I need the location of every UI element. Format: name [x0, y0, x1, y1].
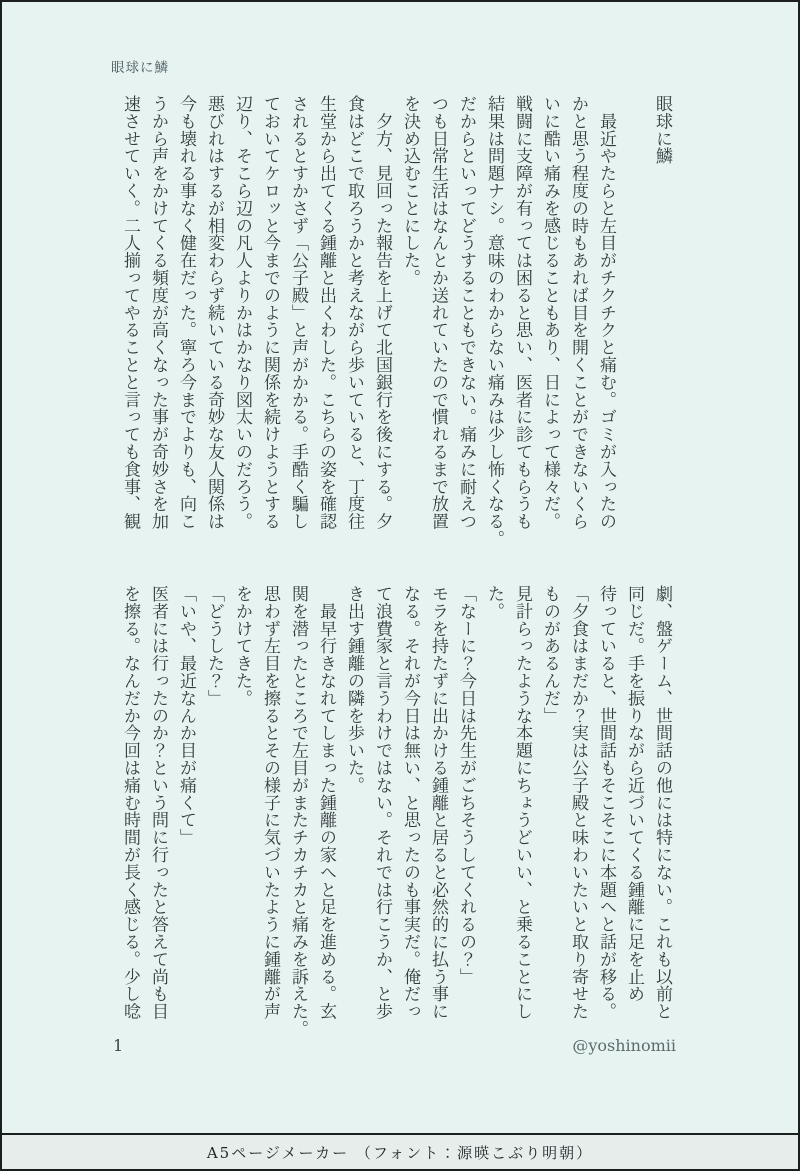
text-column: 同じだ。手を振りながら近づいてくる鍾離に足を止め	[620, 585, 648, 1037]
text-column: 戦闘に支障が有っては困ると思い、医者に診てもらうも	[508, 95, 536, 547]
text-column: 劇、盤ゲーム、世間話の他には特にない。これも以前と	[648, 585, 676, 1037]
text-column: 夕方、見回った報告を上げて北国銀行を後にする。夕	[368, 95, 396, 547]
text-column: ものがあるんだ」	[536, 585, 564, 1037]
running-header: 眼球に鱗	[111, 56, 169, 76]
text-column: だからといってどうすることもできない。痛みに耐えつ	[452, 95, 480, 547]
text-column: 最早行きなれてしまった鍾離の家へと足を進める。玄	[312, 585, 340, 1037]
text-column: うから声をかけてくる頻度が高くなった事が奇妙さを加	[144, 95, 172, 547]
text-block-top: 眼球に鱗 最近やたらと左目がチクチクと痛む。ゴミが入ったのかと思う程度の時もあれ…	[116, 95, 676, 547]
text-column: いに酷い痛みを感じることもあり、日によって様々だ。	[536, 95, 564, 547]
text-column: 眼球に鱗	[648, 95, 676, 547]
text-column: た。	[480, 585, 508, 1037]
page-number: 1	[113, 1036, 123, 1055]
text-column: 最近やたらと左目がチクチクと痛む。ゴミが入ったの	[592, 95, 620, 547]
text-column: 「なーに？今日は先生がごちそうしてくれるの？」	[452, 585, 480, 1037]
text-column: 関を潜ったところで左目がまたチカチカと痛みを訴えた。	[284, 585, 312, 1037]
text-column: つも日常生活はなんとか送れていたので慣れるまで放置	[424, 95, 452, 547]
text-column: 待っていると、世間話もそこそこに本題へと話が移る。	[592, 585, 620, 1037]
text-column: き出す鍾離の隣を歩いた。	[340, 585, 368, 1037]
text-column: 「夕食はまだか？実は公子殿と味わいたいと取り寄せた	[564, 585, 592, 1037]
text-column: を擦る。なんだか今回は痛む時間が長く感じる。少し唸	[116, 585, 144, 1037]
text-column: 思わず左目を擦るとその様子に気づいたように鍾離が声	[256, 585, 284, 1037]
generator-footer-label: A5ページメーカー （フォント：源暎こぶり明朝）	[207, 1142, 593, 1163]
text-column: 速させていく。二人揃ってやることと言っても食事、観	[116, 95, 144, 547]
text-column: 悪びれはするが相変わらず続いている奇妙な友人関係は	[200, 95, 228, 547]
text-column: 結果は問題ナシ。意味のわからない痛みは少し怖くなる。	[480, 95, 508, 547]
text-column: 今も壊れる事なく健在だった。寧ろ今までよりも、向こ	[172, 95, 200, 547]
text-column: 医者には行ったのか？という問に行ったと答えて尚も目	[144, 585, 172, 1037]
novel-page: 眼球に鱗 眼球に鱗 最近やたらと左目がチクチクと痛む。ゴミが入ったのかと思う程度…	[2, 2, 798, 1135]
text-block-bottom: 劇、盤ゲーム、世間話の他には特にない。これも以前と同じだ。手を振りながら近づいて…	[116, 585, 676, 1037]
page-canvas: 眼球に鱗 眼球に鱗 最近やたらと左目がチクチクと痛む。ゴミが入ったのかと思う程度…	[0, 0, 800, 1171]
text-column: 辺り、そこら辺の凡人よりかはかなり図太いのだろう。	[228, 95, 256, 547]
text-column: かと思う程度の時もあれば目を開くことができないくら	[564, 95, 592, 547]
text-column: 「どうした？」	[200, 585, 228, 1037]
text-column: されるとすかさず「公子殿」と声がかかる。手酷く騙し	[284, 95, 312, 547]
text-column	[620, 95, 648, 547]
text-column: 「いや、最近なんか目が痛くて」	[172, 585, 200, 1037]
text-column: 見計らったような本題にちょうどいい、と乗ることにし	[508, 585, 536, 1037]
text-column: なる。それが今日は無い、と思ったのも事実だ。俺だっ	[396, 585, 424, 1037]
author-credit: @yoshinomii	[572, 1036, 676, 1055]
text-column: を決め込むことにした。	[396, 95, 424, 547]
text-column: ておいてケロッと今までのように関係を続けようとする	[256, 95, 284, 547]
text-column: 食はどこで取ろうかと考えながら歩いていると、丁度往	[340, 95, 368, 547]
text-column: モラを持たずに出かける鍾離と居ると必然的に払う事に	[424, 585, 452, 1037]
generator-footer: A5ページメーカー （フォント：源暎こぶり明朝）	[2, 1135, 798, 1169]
text-column: 生堂から出てくる鍾離と出くわした。こちらの姿を確認	[312, 95, 340, 547]
text-column: て浪費家と言うわけではない。それでは行こうか、と歩	[368, 585, 396, 1037]
text-column: をかけてきた。	[228, 585, 256, 1037]
